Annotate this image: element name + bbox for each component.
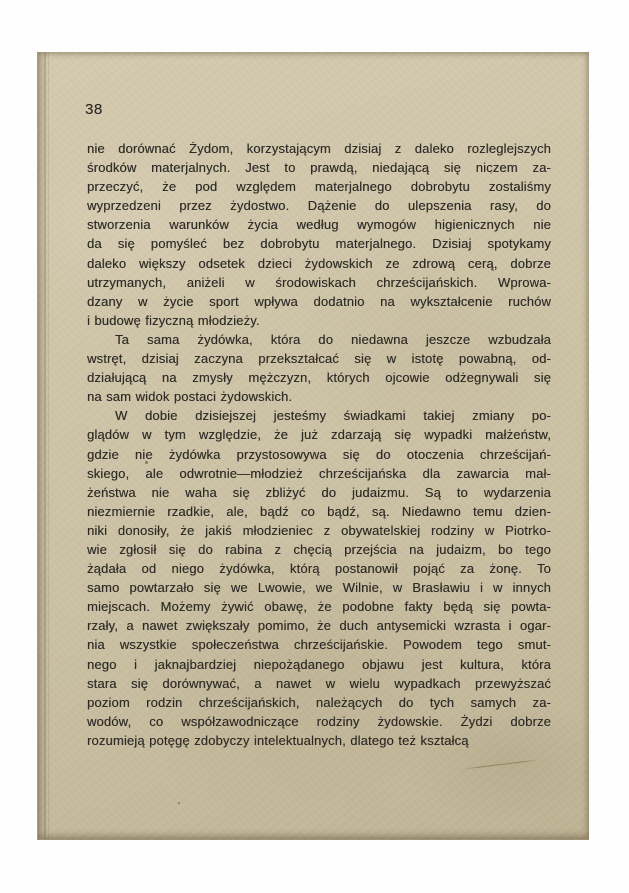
- text-line: przeczyć, że pod względem materjalnego d…: [87, 177, 551, 196]
- paragraph: Ta sama żydówka, która do niedawna jeszc…: [87, 330, 551, 406]
- text-line: Ta sama żydówka, która do niedawna jeszc…: [87, 330, 551, 349]
- text-line: wodów, co współzawodniczące rodziny żydo…: [87, 712, 551, 731]
- text-line: wstręt, dzisiaj zaczyna przekształcać si…: [87, 349, 551, 368]
- paper-speck: [178, 802, 180, 804]
- text-line: dzany w życie sport wpływa dodatnio na w…: [87, 292, 551, 311]
- text-line: wie zgłosił się do rabina z chęcią przej…: [87, 540, 551, 559]
- text-line: poziom rodzin chrześcijańskich, należący…: [87, 693, 551, 712]
- page-number: 38: [85, 101, 103, 118]
- text-line: żeństwa nie waha się zbliżyć do judaizmu…: [87, 483, 551, 502]
- text-line: na sam widok postaci żydowskich.: [87, 387, 551, 406]
- paragraph: nie dorównać Żydom, korzystającym dzisia…: [87, 139, 551, 330]
- book-page-scan: 38 nie dorównać Żydom, korzystającym dzi…: [37, 52, 589, 840]
- text-line: skiego, ale odwrotnie—młodzież chrześcij…: [87, 464, 551, 483]
- text-line: glądów w tym względzie, że już zdarzają …: [87, 425, 551, 444]
- text-line: da się pomyśleć bez dobrobytu materjalne…: [87, 234, 551, 253]
- text-line: miejscach. Możemy żywić obawę, że podobn…: [87, 597, 551, 616]
- text-line: nie dorównać Żydom, korzystającym dzisia…: [87, 139, 551, 158]
- text-line: rozumieją potęgę zdobyczy intelektualnyc…: [87, 731, 551, 750]
- text-line: i budowę fizyczną młodzieży.: [87, 311, 551, 330]
- text-line: daleko większy odsetek dzieci żydowskich…: [87, 254, 551, 273]
- text-line: wyprzedzeni przez żydostwo. Dążenie do u…: [87, 196, 551, 215]
- text-line: W dobie dzisiejszej jesteśmy świadkami t…: [87, 406, 551, 425]
- text-line: utrzymanych, aniżeli w środowiskach chrz…: [87, 273, 551, 292]
- text-line: nego i jaknajbardziej niepożądanego obja…: [87, 655, 551, 674]
- binding-crease: [44, 52, 46, 839]
- text-line: stara się dorównywać, a nawet w wielu wy…: [87, 674, 551, 693]
- binding-crease-light: [48, 52, 49, 839]
- scratch-mark: [462, 759, 540, 770]
- text-line: niezmiernie rzadkie, ale, bądź co bądź, …: [87, 502, 551, 521]
- text-block: nie dorównać Żydom, korzystającym dzisia…: [87, 139, 551, 750]
- text-line: żądała od niego żydówka, którą postanowi…: [87, 559, 551, 578]
- text-line: działującą na zmysły mężczyzn, których o…: [87, 368, 551, 387]
- text-line: samo powtarzało się we Lwowie, we Wilnie…: [87, 578, 551, 597]
- text-line: rzały, a nawet zwiększały pomimo, że duc…: [87, 616, 551, 635]
- text-line: niki donosiły, że jakiś młodzieniec z ob…: [87, 521, 551, 540]
- text-line: stworzenia warunków życia według wymogów…: [87, 215, 551, 234]
- text-line: gdzie nie żydówka przystosowywa się do o…: [87, 445, 551, 464]
- text-line: środków materjalnych. Jest to prawdą, ni…: [87, 158, 551, 177]
- paragraph: W dobie dzisiejszej jesteśmy świadkami t…: [87, 406, 551, 750]
- text-line: nia wszystkie społeczeństwa chrześcijańs…: [87, 635, 551, 654]
- image-viewer-canvas: 38 nie dorównać Żydom, korzystającym dzi…: [0, 0, 629, 893]
